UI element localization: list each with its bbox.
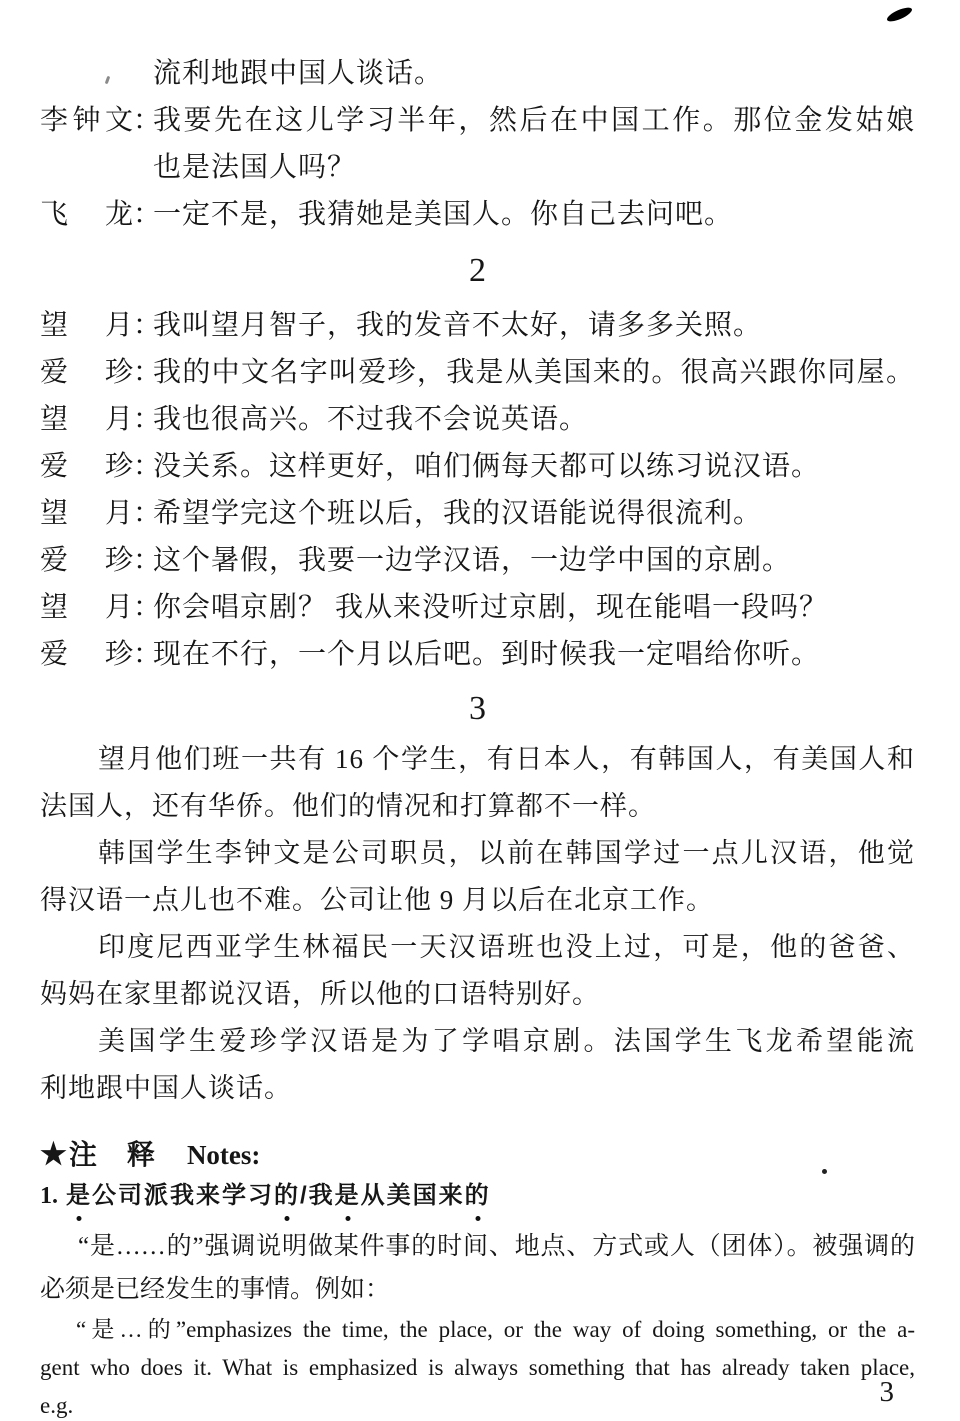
note-item-heading: 1.是公司派我来学习的/我是从美国来的 bbox=[40, 1179, 915, 1225]
dialogue-text: 这个暑假，我要一边学汉语，一边学中国的京剧。 bbox=[153, 537, 915, 584]
paragraph-line: 得汉语一点儿也不难。公司让他 9 月以后在北京工作。 bbox=[40, 877, 915, 924]
speaker-label: 望月 bbox=[40, 490, 133, 537]
dialogue-text: 现在不行，一个月以后吧。到时候我一定唱给你听。 bbox=[153, 631, 915, 678]
speaker-name: 爱珍： bbox=[40, 631, 153, 678]
dust-speck bbox=[822, 1169, 827, 1174]
speaker-colon: ： bbox=[133, 97, 153, 191]
note-en-line: “是…的”emphasizes the time, the place, or … bbox=[40, 1311, 915, 1349]
note-item-number: 1. bbox=[40, 1183, 58, 1209]
dialogue-text-line: 希望学完这个班以后，我的汉语能说得很流利。 bbox=[153, 490, 915, 537]
note-body-zh: “是……的”强调说明做某件事的时间、地点、方式或人（团体）。被强调的 必须是已经… bbox=[40, 1225, 915, 1311]
speaker-label: 望月 bbox=[40, 584, 133, 631]
dialogue-text-line: 我叫望月智子，我的发音不太好，请多多关照。 bbox=[153, 302, 915, 349]
emphasized-char: 是 bbox=[66, 1179, 92, 1213]
paragraph: 美国学生爱珍学汉语是为了学唱京剧。法国学生飞龙希望能流 利地跟中国人谈话。 bbox=[40, 1018, 915, 1112]
speaker-name: 望月： bbox=[40, 490, 153, 537]
speaker-label: 望月 bbox=[40, 302, 133, 349]
note-body-en: “是…的”emphasizes the time, the place, or … bbox=[40, 1311, 915, 1421]
dialogue-text: 希望学完这个班以后，我的汉语能说得很流利。 bbox=[153, 490, 915, 537]
page-number: 3 bbox=[880, 1376, 895, 1409]
dialogue-text: 我也很高兴。不过我不会说英语。 bbox=[153, 396, 915, 443]
dialogue-text: 一定不是，我猜她是美国人。你自己去问吧。 bbox=[153, 191, 915, 238]
dialogue-text-line: 我的中文名字叫爱珍，我是从美国来的。很高兴跟你同屋。 bbox=[153, 349, 915, 396]
dialogue-text: 我要先在这儿学习半年，然后在中国工作。那位金发姑娘 也是法国人吗？ bbox=[153, 97, 915, 191]
speaker-colon: ： bbox=[133, 396, 153, 443]
note-zh-line: “是……的”强调说明做某件事的时间、地点、方式或人（团体）。被强调的 bbox=[40, 1225, 915, 1268]
speaker-colon: ： bbox=[133, 443, 153, 490]
speaker-name: 爱珍： bbox=[40, 349, 153, 396]
notes-title-zh: 释 bbox=[127, 1139, 155, 1170]
speaker-label: 飞龙 bbox=[40, 191, 133, 238]
dialogue-line: 李钟文： 我要先在这儿学习半年，然后在中国工作。那位金发姑娘 也是法国人吗？ bbox=[40, 97, 915, 191]
speaker-label: 爱珍 bbox=[40, 349, 133, 396]
speaker-colon: ： bbox=[133, 537, 153, 584]
note-zh-line: 必须是已经发生的事情。例如： bbox=[40, 1268, 915, 1311]
speaker-label: 李钟文 bbox=[40, 97, 133, 191]
dialogue-text: 没关系。这样更好，咱们俩每天都可以练习说汉语。 bbox=[153, 443, 915, 490]
dialogue-line: 爱珍： 现在不行，一个月以后吧。到时候我一定唱给你听。 bbox=[40, 631, 915, 678]
note-en-line: e.g. bbox=[40, 1387, 915, 1421]
dialogue-text-line: 也是法国人吗？ bbox=[153, 144, 915, 191]
dialogue-line: 爱珍： 这个暑假，我要一边学汉语，一边学中国的京剧。 bbox=[40, 537, 915, 584]
emphasized-char: 的 bbox=[465, 1179, 491, 1213]
section-number-3: 3 bbox=[40, 688, 915, 730]
dialogue-carryover-line: 流利地跟中国人谈话。 bbox=[40, 50, 915, 97]
dialogue-line: 望月： 我也很高兴。不过我不会说英语。 bbox=[40, 396, 915, 443]
paragraph: 望月他们班一共有 16 个学生，有日本人，有韩国人，有美国人和 法国人，还有华侨… bbox=[40, 736, 915, 830]
dialogue-line: 爱珍： 我的中文名字叫爱珍，我是从美国来的。很高兴跟你同屋。 bbox=[40, 349, 915, 396]
dialogue-text-line: 现在不行，一个月以后吧。到时候我一定唱给你听。 bbox=[153, 631, 915, 678]
emphasized-char: 的 bbox=[274, 1179, 300, 1213]
speaker-name: 望月： bbox=[40, 584, 153, 631]
notes-title-en: Notes: bbox=[187, 1140, 260, 1170]
paragraph-line: 望月他们班一共有 16 个学生，有日本人，有韩国人，有美国人和 bbox=[40, 736, 915, 783]
paragraph-line: 利地跟中国人谈话。 bbox=[40, 1065, 915, 1112]
heading-segment: /我 bbox=[300, 1179, 335, 1213]
paragraph-line: 印度尼西亚学生林福民一天汉语班也没上过，可是，他的爸爸、 bbox=[40, 924, 915, 971]
speaker-name: 望月： bbox=[40, 302, 153, 349]
dialogue-line: 望月： 我叫望月智子，我的发音不太好，请多多关照。 bbox=[40, 302, 915, 349]
speaker-label: 爱珍 bbox=[40, 537, 133, 584]
speaker-label: 爱珍 bbox=[40, 443, 133, 490]
speaker-name: 爱珍： bbox=[40, 443, 153, 490]
heading-segment: 从美国来 bbox=[361, 1179, 465, 1213]
dialogue-text-line: 我要先在这儿学习半年，然后在中国工作。那位金发姑娘 bbox=[153, 97, 915, 144]
dialogue-text-line: 我也很高兴。不过我不会说英语。 bbox=[153, 396, 915, 443]
speaker-name: 李钟文： bbox=[40, 97, 153, 191]
notes-title-zh: 注 bbox=[69, 1139, 97, 1170]
paragraph-line: 妈妈在家里都说汉语，所以他的口语特别好。 bbox=[40, 971, 915, 1018]
speaker-colon: ： bbox=[133, 584, 153, 631]
speaker-name: 爱珍： bbox=[40, 537, 153, 584]
section-number-2: 2 bbox=[40, 250, 915, 292]
paragraph-line: 韩国学生李钟文是公司职员，以前在韩国学过一点儿汉语，他觉 bbox=[40, 830, 915, 877]
speaker-colon: ： bbox=[133, 490, 153, 537]
dialogue-text: 我叫望月智子，我的发音不太好，请多多关照。 bbox=[153, 302, 915, 349]
speaker-label: 爱珍 bbox=[40, 631, 133, 678]
notes-header: ★注释Notes: bbox=[40, 1136, 915, 1175]
speaker-name: 飞龙： bbox=[40, 191, 153, 238]
dialogue-text-line: 这个暑假，我要一边学汉语，一边学中国的京剧。 bbox=[153, 537, 915, 584]
paragraph-line: 美国学生爱珍学汉语是为了学唱京剧。法国学生飞龙希望能流 bbox=[40, 1018, 915, 1065]
dialogue-line: 飞龙： 一定不是，我猜她是美国人。你自己去问吧。 bbox=[40, 191, 915, 238]
speaker-colon: ： bbox=[133, 191, 153, 238]
dialogue-text: 我的中文名字叫爱珍，我是从美国来的。很高兴跟你同屋。 bbox=[153, 349, 915, 396]
star-icon: ★ bbox=[40, 1138, 67, 1171]
speaker-colon: ： bbox=[133, 631, 153, 678]
dialogue-line: 望月： 你会唱京剧？ 我从来没听过京剧，现在能唱一段吗？ bbox=[40, 584, 915, 631]
dialogue-text-line: 你会唱京剧？ 我从来没听过京剧，现在能唱一段吗？ bbox=[153, 584, 915, 631]
heading-segment: 公司派我来学习 bbox=[92, 1179, 274, 1213]
note-en-line: gent who does it. What is emphasized is … bbox=[40, 1349, 915, 1387]
dialogue-text: 你会唱京剧？ 我从来没听过京剧，现在能唱一段吗？ bbox=[153, 584, 915, 631]
speaker-name: 望月： bbox=[40, 396, 153, 443]
emphasized-char: 是 bbox=[335, 1179, 361, 1213]
paragraph-line: 法国人，还有华侨。他们的情况和打算都不一样。 bbox=[40, 783, 915, 830]
dialogue-text-line: 没关系。这样更好，咱们俩每天都可以练习说汉语。 bbox=[153, 443, 915, 490]
paragraph: 韩国学生李钟文是公司职员，以前在韩国学过一点儿汉语，他觉 得汉语一点儿也不难。公… bbox=[40, 830, 915, 924]
speaker-label: 望月 bbox=[40, 396, 133, 443]
dialogue-text-line: 一定不是，我猜她是美国人。你自己去问吧。 bbox=[153, 191, 915, 238]
textbook-page: 流利地跟中国人谈话。 李钟文： 我要先在这儿学习半年，然后在中国工作。那位金发姑… bbox=[0, 0, 960, 1421]
paragraph: 印度尼西亚学生林福民一天汉语班也没上过，可是，他的爸爸、 妈妈在家里都说汉语，所… bbox=[40, 924, 915, 1018]
dialogue-line: 爱珍： 没关系。这样更好，咱们俩每天都可以练习说汉语。 bbox=[40, 443, 915, 490]
speaker-colon: ： bbox=[133, 302, 153, 349]
dialogue-line: 望月： 希望学完这个班以后，我的汉语能说得很流利。 bbox=[40, 490, 915, 537]
speaker-colon: ： bbox=[133, 349, 153, 396]
ink-smudge bbox=[885, 5, 913, 24]
